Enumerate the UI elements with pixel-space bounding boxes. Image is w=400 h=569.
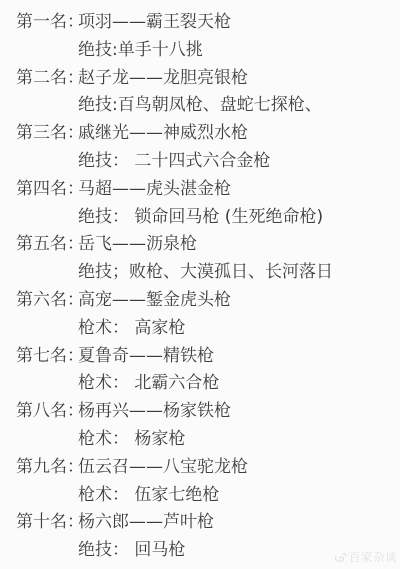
technique-text: 枪术： 伍家七绝枪 [78,482,394,510]
rank-label: 第四名： [16,176,78,204]
hero-and-weapon: 项羽——霸王裂天枪 [78,9,394,37]
hero-and-weapon: 戚继光——神威烈水枪 [78,120,394,148]
rank-label: 第六名： [16,287,78,315]
ranking-entry: 第六名： 高宠——錾金虎头枪 枪术： 高家枪 [16,287,394,343]
rank-label: 第三名： [16,120,78,148]
entry-detail-row: 绝技:单手十八挑 [16,37,394,65]
entry-title-row: 第六名： 高宠——錾金虎头枪 [16,287,394,315]
ranking-list: 第一名： 项羽——霸王裂天枪 绝技:单手十八挑 第二名： 赵子龙——龙胆亮银枪 … [0,0,400,565]
rank-label: 第七名： [16,343,78,371]
entry-detail-row: 枪术： 杨家枪 [16,426,394,454]
watermark-text: 百家杂谈 [349,549,397,565]
entry-title-row: 第四名： 马超——虎头湛金枪 [16,176,394,204]
entry-title-row: 第一名： 项羽——霸王裂天枪 [16,9,394,37]
watermark: 百家杂谈 [334,549,397,565]
ranking-entry: 第二名： 赵子龙——龙胆亮银枪 绝技:百鸟朝凤枪、盘蛇七探枪、 [16,65,394,121]
entry-detail-row: 枪术： 高家枪 [16,315,394,343]
ranking-entry: 第四名： 马超——虎头湛金枪 绝技： 锁命回马枪 (生死绝命枪) [16,176,394,232]
entry-title-row: 第九名： 伍云召——八宝驼龙枪 [16,454,394,482]
entry-title-row: 第二名： 赵子龙——龙胆亮银枪 [16,65,394,93]
technique-text: 绝技:百鸟朝凤枪、盘蛇七探枪、 [78,92,394,120]
entry-title-row: 第八名： 杨再兴——杨家铁枪 [16,398,394,426]
ranking-entry: 第一名： 项羽——霸王裂天枪 绝技:单手十八挑 [16,9,394,65]
entry-title-row: 第七名： 夏鲁奇——精铁枪 [16,343,394,371]
watermark-logo-icon [334,552,347,563]
entry-detail-row: 枪术： 伍家七绝枪 [16,482,394,510]
technique-text: 绝技；败枪、大漠孤日、长河落日 [78,259,394,287]
entry-detail-row: 绝技： 二十四式六合金枪 [16,148,394,176]
hero-and-weapon: 马超——虎头湛金枪 [78,176,394,204]
technique-text: 枪术： 北霸六合枪 [78,370,394,398]
rank-label: 第十名： [16,509,78,537]
entry-detail-row: 绝技:百鸟朝凤枪、盘蛇七探枪、 [16,92,394,120]
rank-label: 第九名： [16,454,78,482]
ranking-entry: 第三名： 戚继光——神威烈水枪 绝技： 二十四式六合金枪 [16,120,394,176]
rank-label: 第八名： [16,398,78,426]
entry-title-row: 第五名： 岳飞——沥泉枪 [16,231,394,259]
hero-and-weapon: 杨六郎——芦叶枪 [78,509,394,537]
entry-detail-row: 绝技： 锁命回马枪 (生死绝命枪) [16,204,394,232]
technique-text: 枪术： 杨家枪 [78,426,394,454]
technique-text: 绝技:单手十八挑 [78,37,394,65]
rank-label: 第一名： [16,9,78,37]
entry-detail-row: 绝技；败枪、大漠孤日、长河落日 [16,259,394,287]
ranking-entry: 第八名： 杨再兴——杨家铁枪 枪术： 杨家枪 [16,398,394,454]
hero-and-weapon: 杨再兴——杨家铁枪 [78,398,394,426]
hero-and-weapon: 伍云召——八宝驼龙枪 [78,454,394,482]
technique-text: 枪术： 高家枪 [78,315,394,343]
ranking-entry: 第七名： 夏鲁奇——精铁枪 枪术： 北霸六合枪 [16,343,394,399]
hero-and-weapon: 岳飞——沥泉枪 [78,231,394,259]
entry-title-row: 第十名： 杨六郎——芦叶枪 [16,509,394,537]
entry-detail-row: 枪术： 北霸六合枪 [16,370,394,398]
technique-text: 绝技： 二十四式六合金枪 [78,148,394,176]
technique-text: 绝技： 锁命回马枪 (生死绝命枪) [78,204,394,232]
ranking-entry: 第九名： 伍云召——八宝驼龙枪 枪术： 伍家七绝枪 [16,454,394,510]
rank-label: 第二名： [16,65,78,93]
ranking-entry: 第五名： 岳飞——沥泉枪 绝技；败枪、大漠孤日、长河落日 [16,231,394,287]
hero-and-weapon: 夏鲁奇——精铁枪 [78,343,394,371]
hero-and-weapon: 赵子龙——龙胆亮银枪 [78,65,394,93]
hero-and-weapon: 高宠——錾金虎头枪 [78,287,394,315]
entry-title-row: 第三名： 戚继光——神威烈水枪 [16,120,394,148]
rank-label: 第五名： [16,231,78,259]
